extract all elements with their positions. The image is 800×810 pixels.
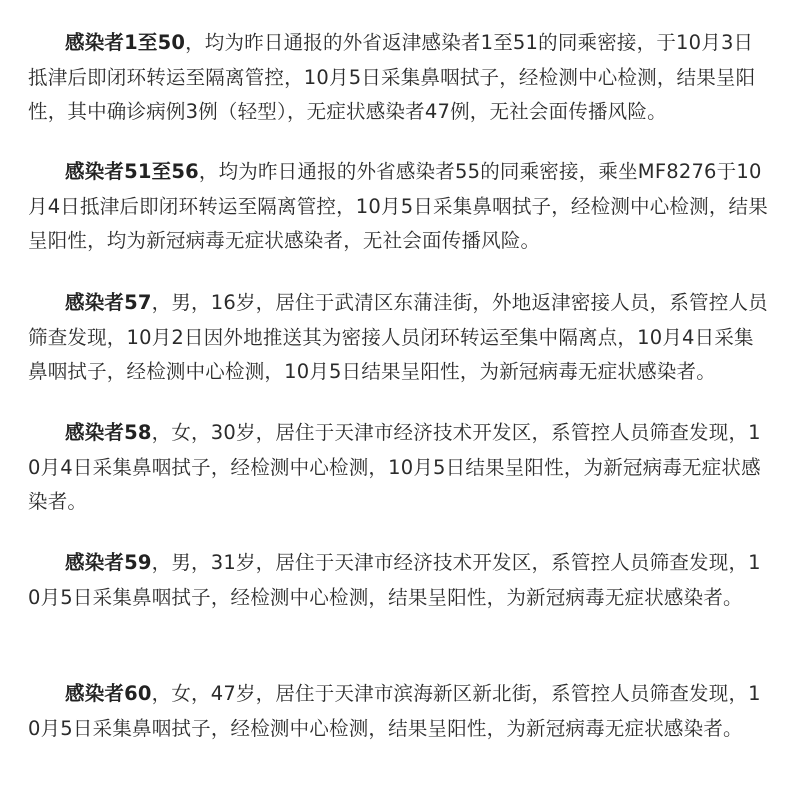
paragraph-lead: 感染者1至50 [65, 31, 185, 54]
paragraph-lead: 感染者51至56 [65, 160, 199, 183]
paragraph-lead: 感染者58 [65, 421, 152, 444]
paragraph-case-57: 感染者57，男，16岁，居住于武清区东蒲洼街，外地返津密接人员，系管控人员筛查发… [28, 286, 770, 390]
paragraph-case-60: 感染者60，女，47岁，居住于天津市滨海新区新北街，系管控人员筛查发现，10月5… [28, 677, 770, 746]
paragraph-case-59: 感染者59，男，31岁，居住于天津市经济技术开发区，系管控人员筛查发现，10月5… [28, 546, 770, 615]
paragraph-lead: 感染者59 [65, 551, 152, 574]
paragraph-case-58: 感染者58，女，30岁，居住于天津市经济技术开发区，系管控人员筛查发现，10月4… [28, 416, 770, 520]
paragraph-lead: 感染者60 [65, 682, 152, 705]
paragraph-lead: 感染者57 [65, 291, 152, 314]
paragraph-cases-51-56: 感染者51至56，均为昨日通报的外省感染者55的同乘密接，乘坐MF8276于10… [28, 155, 770, 259]
paragraph-cases-1-50: 感染者1至50，均为昨日通报的外省返津感染者1至51的同乘密接，于10月3日抵津… [28, 26, 770, 130]
